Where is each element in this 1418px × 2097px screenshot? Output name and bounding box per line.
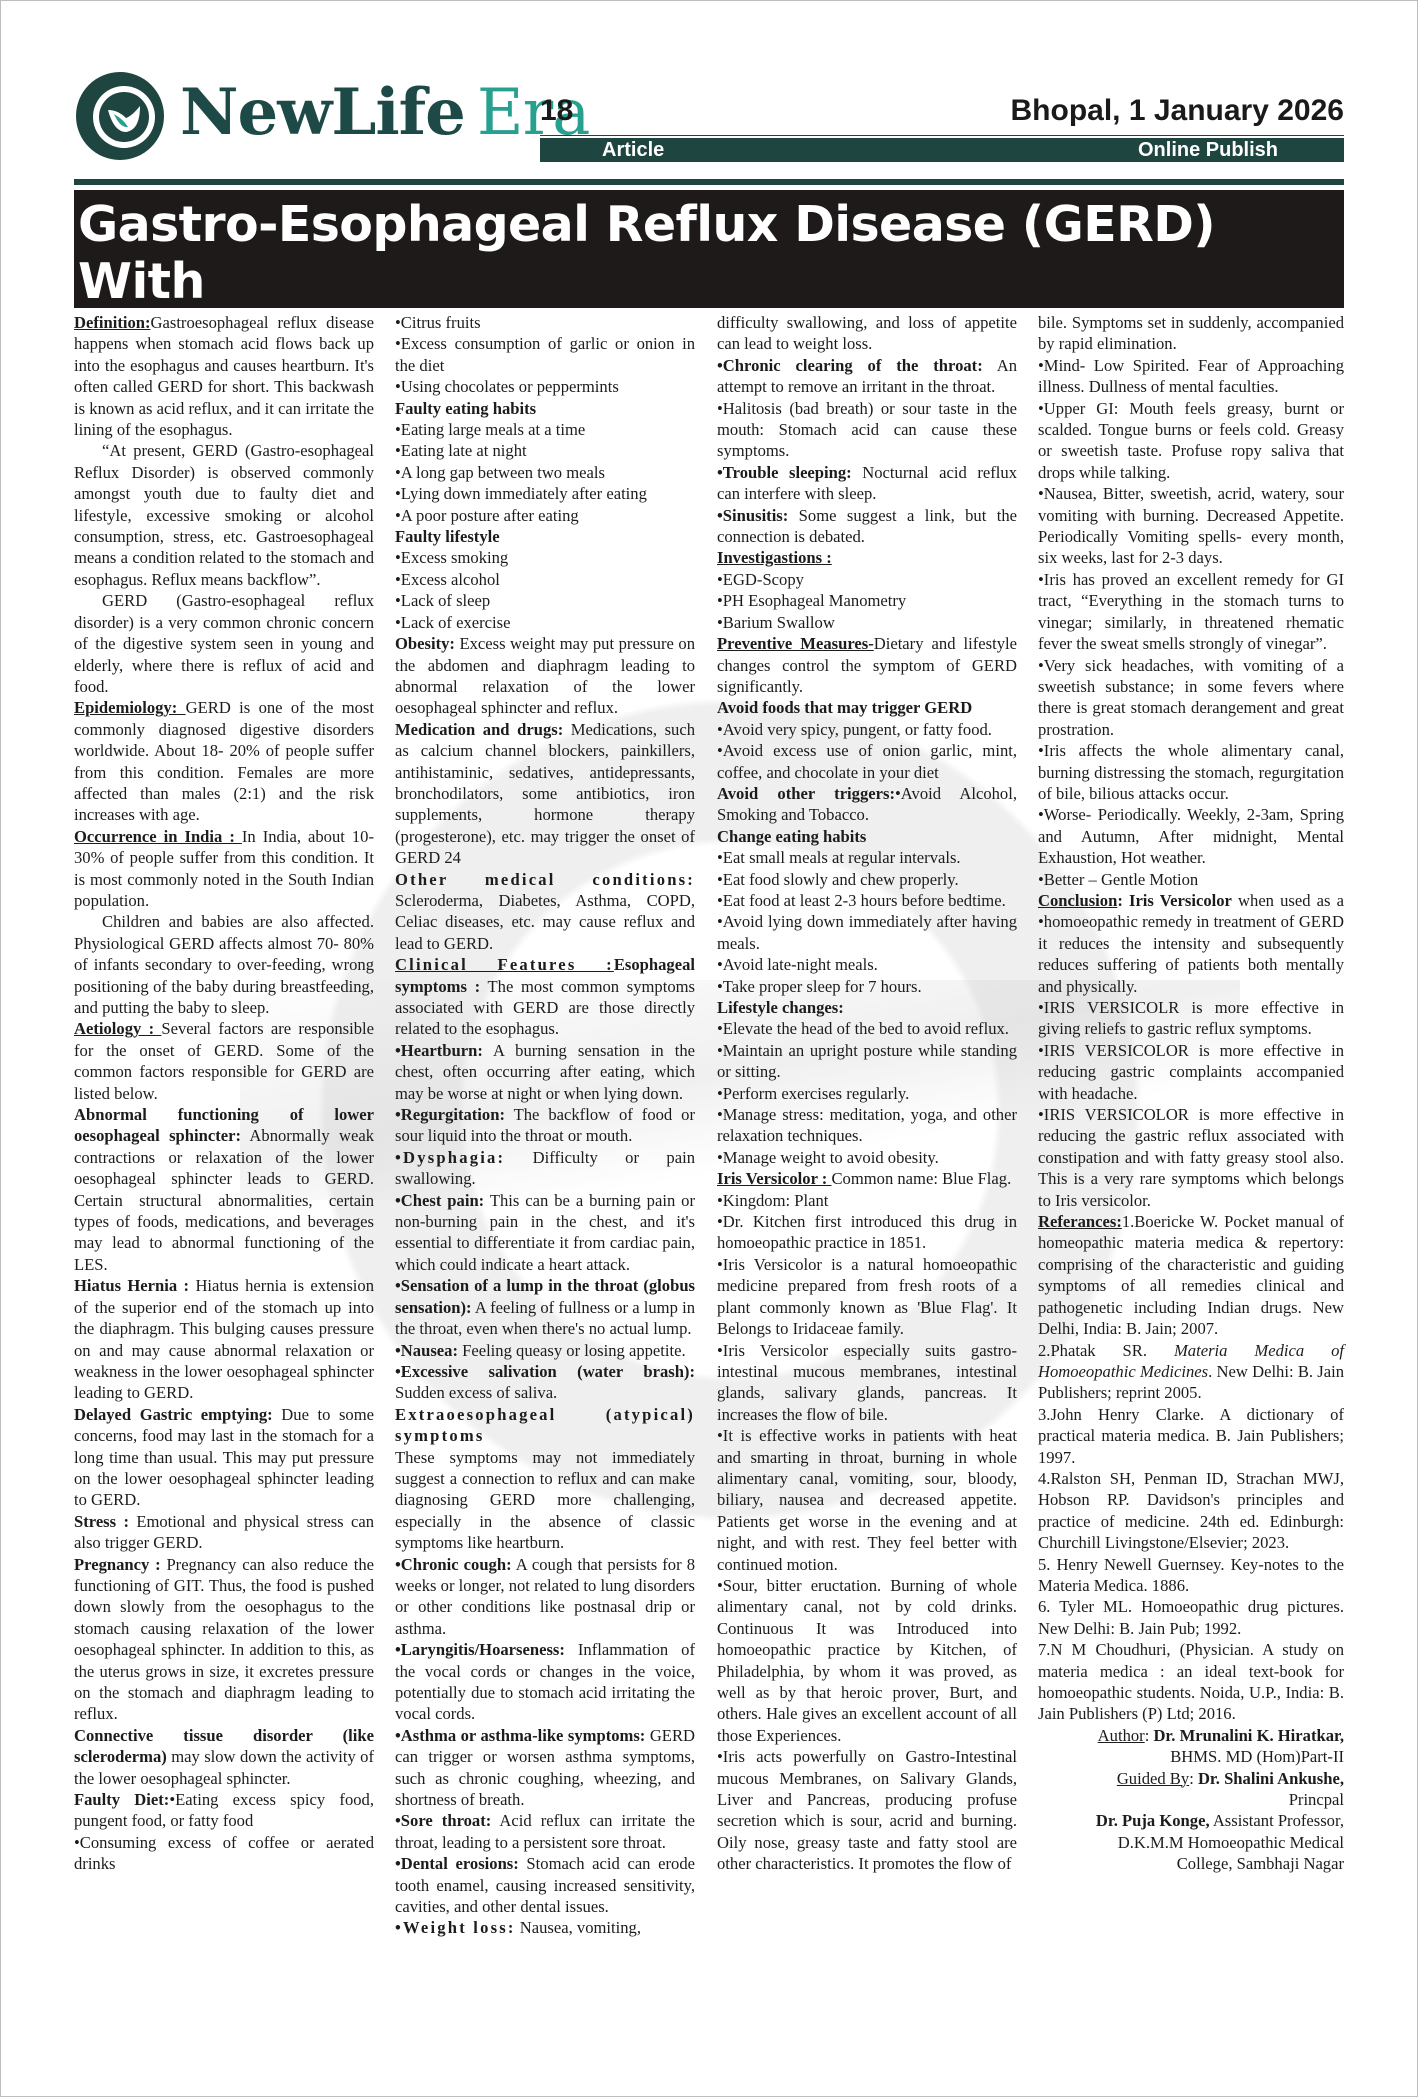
newspaper-logo: NewLifeEra bbox=[74, 68, 554, 166]
author-label: Author bbox=[1098, 1726, 1145, 1745]
list-item: •Avoid lying down immediately after havi… bbox=[717, 911, 1017, 954]
symptom-text: Nausea, vomiting, bbox=[516, 1918, 641, 1937]
list-item: •Eat food at least 2-3 hours before bedt… bbox=[717, 890, 1017, 911]
list-item: •Maintain an upright posture while stand… bbox=[717, 1040, 1017, 1083]
obesity-label: Obesity: bbox=[395, 634, 455, 653]
medication-text: Medications, such as calcium channel blo… bbox=[395, 720, 695, 867]
list-item: •Very sick headaches, with vomiting of a… bbox=[1038, 655, 1344, 741]
references-label: Referances: bbox=[1038, 1212, 1122, 1231]
stress-label: Stress : bbox=[74, 1512, 136, 1531]
conclusion-remedy: Iris Versicolor bbox=[1129, 891, 1232, 910]
conclusion-label: Conclusion bbox=[1038, 891, 1117, 910]
coauthor-role: Assistant Professor, bbox=[1210, 1811, 1344, 1830]
logo-word-newlife: NewLife bbox=[180, 75, 465, 150]
section-label: Article bbox=[602, 138, 664, 162]
list-item: •Perform exercises regularly. bbox=[717, 1083, 1017, 1104]
list-item: •A long gap between two meals bbox=[395, 462, 695, 483]
aetiology-label: Aetiology : bbox=[74, 1019, 161, 1038]
reference-item: 4.Ralston SH, Penman ID, Strachan MWJ, H… bbox=[1038, 1468, 1344, 1554]
guide-role: Princpal bbox=[1038, 1789, 1344, 1810]
column-4: bile. Symptoms set in suddenly, accompan… bbox=[1038, 312, 1344, 1875]
avoid-other-label: Avoid other triggers: bbox=[717, 784, 895, 803]
references-paragraph: Referances:1.Boericke W. Pocket manual o… bbox=[1038, 1211, 1344, 1339]
section-bar: Article Online Publish bbox=[540, 136, 1344, 162]
symptom-item: •Asthma or asthma-like symptoms: GERD ca… bbox=[395, 1725, 695, 1811]
reference-item: 2.Phatak SR. Materia Medica of Homoeopat… bbox=[1038, 1340, 1344, 1404]
quote-paragraph: “At present, GERD (Gastro-esophageal Ref… bbox=[74, 440, 374, 590]
symptom-item: •Excessive salivation (water brash): Sud… bbox=[395, 1361, 695, 1404]
lifestyle-heading: Faulty lifestyle bbox=[395, 526, 695, 547]
epidemiology-label: Epidemiology: bbox=[74, 698, 186, 717]
column-3: difficulty swallowing, and loss of appet… bbox=[717, 312, 1017, 1875]
symptom-label: •Nausea: bbox=[395, 1341, 458, 1360]
iris-versicolor-label: Iris Versicolor : bbox=[717, 1169, 831, 1188]
list-item: •Excess alcohol bbox=[395, 569, 695, 590]
symptom-label: •Sinusitis: bbox=[717, 506, 788, 525]
pregnancy-paragraph: Pregnancy : Pregnancy can also reduce th… bbox=[74, 1554, 374, 1725]
symptom-item: •Trouble sleeping: Nocturnal acid reflux… bbox=[717, 462, 1017, 505]
college-line-2: College, Sambhaji Nagar bbox=[1038, 1853, 1344, 1874]
symptom-text: •Halitosis (bad breath) or sour taste in… bbox=[717, 399, 1017, 461]
gerd-paragraph: GERD (Gastro-esophageal reflux disorder)… bbox=[74, 590, 374, 697]
other-conditions-label: Other medical conditions: bbox=[395, 870, 695, 889]
coauthor-name: Dr. Puja Konge, bbox=[1096, 1811, 1210, 1830]
symptom-item: •Weight loss: Nausea, vomiting, bbox=[395, 1917, 695, 1938]
author-degree: BHMS. MD (Hom)Part-II bbox=[1038, 1746, 1344, 1767]
college-line-1: D.K.M.M Homoeopathic Medical bbox=[1038, 1832, 1344, 1853]
guide-name: Dr. Shalini Ankushe, bbox=[1198, 1769, 1344, 1788]
symptom-item: •Laryngitis/Hoarseness: Inflammation of … bbox=[395, 1639, 695, 1725]
medication-paragraph: Medication and drugs: Medications, such … bbox=[395, 719, 695, 869]
symptom-label: •Sore throat: bbox=[395, 1811, 491, 1830]
list-item: •Eat food slowly and chew properly. bbox=[717, 869, 1017, 890]
author-line: Author: Dr. Mrunalini K. Hiratkar, bbox=[1038, 1725, 1344, 1746]
article-body: Definition:Gastroesophageal reflux disea… bbox=[74, 312, 1344, 2032]
symptom-label: •Dental erosions: bbox=[395, 1854, 519, 1873]
list-item: •Eat small meals at regular intervals. bbox=[717, 847, 1017, 868]
list-item: •Avoid excess use of onion garlic, mint,… bbox=[717, 740, 1017, 783]
list-item: •Eating late at night bbox=[395, 440, 695, 461]
extraoesophageal-intro: These symptoms may not immediately sugge… bbox=[395, 1447, 695, 1554]
list-item: •Iris Versicolor especially suits gastro… bbox=[717, 1340, 1017, 1426]
symptom-item: •Chronic cough: A cough that persists fo… bbox=[395, 1554, 695, 1640]
symptom-label: •Chest pain: bbox=[395, 1191, 484, 1210]
occurrence-label: Occurrence in India : bbox=[74, 827, 242, 846]
list-item: •A poor posture after eating bbox=[395, 505, 695, 526]
list-item: •Mind- Low Spirited. Fear of Approaching… bbox=[1038, 355, 1344, 398]
avoid-foods-heading: Avoid foods that may trigger GERD bbox=[717, 697, 1017, 718]
list-item: •Iris has proved an excellent remedy for… bbox=[1038, 569, 1344, 655]
symptom-item: •Heartburn: A burning sensation in the c… bbox=[395, 1040, 695, 1104]
list-item: •Better – Gentle Motion bbox=[1038, 869, 1344, 890]
list-item: •Dr. Kitchen first introduced this drug … bbox=[717, 1211, 1017, 1254]
symptom-item: •Regurgitation: The backflow of food or … bbox=[395, 1104, 695, 1147]
list-item: •IRIS VERSICOLR is more effective in giv… bbox=[1038, 997, 1344, 1040]
symptom-label: •Weight loss: bbox=[395, 1918, 516, 1937]
list-item: •Excess consumption of garlic or onion i… bbox=[395, 333, 695, 376]
list-item: •Lack of exercise bbox=[395, 612, 695, 633]
publish-label: Online Publish bbox=[1138, 138, 1278, 162]
les-text: Abnormally weak contractions or relaxati… bbox=[74, 1126, 374, 1273]
list-item: •Kingdom: Plant bbox=[717, 1190, 1017, 1211]
reference-text: 2.Phatak SR. bbox=[1038, 1341, 1174, 1360]
list-item: •Take proper sleep for 7 hours. bbox=[717, 976, 1017, 997]
symptom-item: •Chronic clearing of the throat: An atte… bbox=[717, 355, 1017, 398]
delayed-label: Delayed Gastric emptying: bbox=[74, 1405, 273, 1424]
list-item: •Iris Versicolor is a natural homoeopath… bbox=[717, 1254, 1017, 1340]
list-item: •IRIS VERSICOLOR is more effective in re… bbox=[1038, 1040, 1344, 1104]
list-item: •Citrus fruits bbox=[395, 312, 695, 333]
symptom-item: •Chest pain: This can be a burning pain … bbox=[395, 1190, 695, 1276]
list-item: •Nausea, Bitter, sweetish, acrid, watery… bbox=[1038, 483, 1344, 569]
symptom-item: •Sore throat: Acid reflux can irritate t… bbox=[395, 1810, 695, 1853]
list-item: •Lying down immediately after eating bbox=[395, 483, 695, 504]
symptom-label: •Asthma or asthma-like symptoms: bbox=[395, 1726, 645, 1745]
pregnancy-label: Pregnancy : bbox=[74, 1555, 166, 1574]
medication-label: Medication and drugs: bbox=[395, 720, 563, 739]
list-item: •Consuming excess of coffee or aerated d… bbox=[74, 1832, 374, 1875]
symptom-item: •Dysphagia: Difficulty or pain swallowin… bbox=[395, 1147, 695, 1190]
symptom-text: Feeling queasy or losing appetite. bbox=[458, 1341, 686, 1360]
symptom-item: •Nausea: Feeling queasy or losing appeti… bbox=[395, 1340, 695, 1361]
symptom-label: •Regurgitation: bbox=[395, 1105, 505, 1124]
list-item: •PH Esophageal Manometry bbox=[717, 590, 1017, 611]
preventive-label: Preventive Measures- bbox=[717, 634, 874, 653]
weight-loss-continued: difficulty swallowing, and loss of appet… bbox=[717, 312, 1017, 355]
list-item: •It is effective works in patients with … bbox=[717, 1425, 1017, 1575]
iris-versicolor-paragraph: Iris Versicolor : Common name: Blue Flag… bbox=[717, 1168, 1017, 1189]
change-eating-heading: Change eating habits bbox=[717, 826, 1017, 847]
obesity-paragraph: Obesity: Excess weight may put pressure … bbox=[395, 633, 695, 719]
bile-continued: bile. Symptoms set in suddenly, accompan… bbox=[1038, 312, 1344, 355]
author-name: Dr. Mrunalini K. Hiratkar, bbox=[1153, 1726, 1344, 1745]
guided-by-line: Guided By: Dr. Shalini Ankushe, bbox=[1038, 1768, 1344, 1789]
coauthor-line: Dr. Puja Konge, Assistant Professor, bbox=[1038, 1810, 1344, 1831]
reference-item: 5. Henry Newell Guernsey. Key-notes to t… bbox=[1038, 1554, 1344, 1597]
hiatus-label: Hiatus Hernia : bbox=[74, 1276, 195, 1295]
list-item: •Iris affects the whole alimentary canal… bbox=[1038, 740, 1344, 804]
list-item: •Eating large meals at a time bbox=[395, 419, 695, 440]
lifestyle-changes-heading: Lifestyle changes: bbox=[717, 997, 1017, 1018]
symptom-item: •Halitosis (bad breath) or sour taste in… bbox=[717, 398, 1017, 462]
list-item: •Avoid very spicy, pungent, or fatty foo… bbox=[717, 719, 1017, 740]
symptom-label: •Excessive salivation (water brash): bbox=[395, 1362, 695, 1381]
leaf-circle-logo-icon bbox=[74, 70, 166, 162]
other-conditions-text: Scleroderma, Diabetes, Asthma, COPD, Cel… bbox=[395, 891, 695, 953]
symptom-text: Sudden excess of saliva. bbox=[395, 1383, 557, 1402]
children-paragraph: Children and babies are also affected. P… bbox=[74, 911, 374, 1018]
list-item: •Barium Swallow bbox=[717, 612, 1017, 633]
aetiology-paragraph: Aetiology : Several factors are responsi… bbox=[74, 1018, 374, 1104]
list-item: •Avoid late-night meals. bbox=[717, 954, 1017, 975]
stress-paragraph: Stress : Emotional and physical stress c… bbox=[74, 1511, 374, 1554]
list-item: •Excess smoking bbox=[395, 547, 695, 568]
pregnancy-text: Pregnancy can also reduce the functionin… bbox=[74, 1555, 374, 1724]
conclusion-colon: : bbox=[1117, 891, 1129, 910]
list-item: •IRIS VERSICOLOR is more effective in re… bbox=[1038, 1104, 1344, 1211]
symptom-label: •Heartburn: bbox=[395, 1041, 483, 1060]
faulty-diet-paragraph: Faulty Diet:•Eating excess spicy food, p… bbox=[74, 1789, 374, 1832]
title-line-1: Gastro-Esophageal Reflux Disease (GERD) … bbox=[78, 196, 1215, 310]
preventive-paragraph: Preventive Measures-Dietary and lifestyl… bbox=[717, 633, 1017, 697]
list-item: •Manage stress: meditation, yoga, and ot… bbox=[717, 1104, 1017, 1147]
page-number: 18 bbox=[540, 94, 573, 128]
column-2: •Citrus fruits •Excess consumption of ga… bbox=[395, 312, 695, 1939]
connective-paragraph: Connective tissue disorder (like sclerod… bbox=[74, 1725, 374, 1789]
clinical-features-label: Clinical Features : bbox=[395, 955, 614, 974]
masthead: NewLifeEra 18 Bhopal, 1 January 2026 Art… bbox=[74, 68, 1344, 178]
symptom-item: •Dental erosions: Stomach acid can erode… bbox=[395, 1853, 695, 1917]
other-conditions-paragraph: Other medical conditions: Scleroderma, D… bbox=[395, 869, 695, 955]
clinical-features-paragraph: Clinical Features :Esophageal symptoms :… bbox=[395, 954, 695, 1040]
symptom-label: •Laryngitis/Hoarseness: bbox=[395, 1640, 565, 1659]
epidemiology-paragraph: Epidemiology: GERD is one of the most co… bbox=[74, 697, 374, 825]
faulty-diet-label: Faulty Diet: bbox=[74, 1790, 169, 1809]
symptom-label: •Dysphagia: bbox=[395, 1148, 505, 1167]
logo-wordmark: NewLifeEra bbox=[180, 74, 589, 152]
iris-versicolor-text: Common name: Blue Flag. bbox=[831, 1169, 1011, 1188]
list-item: •Lack of sleep bbox=[395, 590, 695, 611]
symptom-label: •Chronic clearing of the throat: bbox=[717, 356, 983, 375]
symptom-item: •Sinusitis: Some suggest a link, but the… bbox=[717, 505, 1017, 548]
symptom-label: •Trouble sleeping: bbox=[717, 463, 852, 482]
avoid-other-paragraph: Avoid other triggers:•Avoid Alcohol, Smo… bbox=[717, 783, 1017, 826]
guided-by-label: Guided By bbox=[1117, 1769, 1189, 1788]
list-item: •Upper GI: Mouth feels greasy, burnt or … bbox=[1038, 398, 1344, 484]
list-item: •Elevate the head of the bed to avoid re… bbox=[717, 1018, 1017, 1039]
delayed-paragraph: Delayed Gastric emptying: Due to some co… bbox=[74, 1404, 374, 1511]
list-item: •Worse- Periodically. Weekly, 2-3am, Spr… bbox=[1038, 804, 1344, 868]
eating-habits-heading: Faulty eating habits bbox=[395, 398, 695, 419]
symptom-label: •Chronic cough: bbox=[395, 1555, 512, 1574]
occurrence-paragraph: Occurrence in India : In India, about 10… bbox=[74, 826, 374, 912]
list-item: •Iris acts powerfully on Gastro-Intestin… bbox=[717, 1746, 1017, 1874]
column-1: Definition:Gastroesophageal reflux disea… bbox=[74, 312, 374, 1875]
investigations-heading: Investigastions : bbox=[717, 547, 1017, 568]
reference-item: 6. Tyler ML. Homoeopathic drug pictures.… bbox=[1038, 1596, 1344, 1639]
list-item: •EGD-Scopy bbox=[717, 569, 1017, 590]
definition-label: Definition: bbox=[74, 313, 151, 332]
headline-banner: Gastro-Esophageal Reflux Disease (GERD) … bbox=[74, 190, 1344, 308]
masthead-rule bbox=[74, 179, 1344, 185]
symptom-item: •Sensation of a lump in the throat (glob… bbox=[395, 1275, 695, 1339]
reference-item: 7.N M Choudhuri, (Physician. A study on … bbox=[1038, 1639, 1344, 1725]
conclusion-paragraph: Conclusion: Iris Versicolor when used as… bbox=[1038, 890, 1344, 997]
list-item: •Manage weight to avoid obesity. bbox=[717, 1147, 1017, 1168]
dateline: Bhopal, 1 January 2026 bbox=[1011, 94, 1345, 128]
list-item: •Using chocolates or peppermints bbox=[395, 376, 695, 397]
les-paragraph: Abnormal functioning of lower oesophagea… bbox=[74, 1104, 374, 1275]
definition-paragraph: Definition:Gastroesophageal reflux disea… bbox=[74, 312, 374, 440]
list-item: •Sour, bitter eructation. Burning of who… bbox=[717, 1575, 1017, 1746]
extraoesophageal-heading: Extraoesophageal (atypical) symptoms bbox=[395, 1404, 695, 1447]
hiatus-paragraph: Hiatus Hernia : Hiatus hernia is extensi… bbox=[74, 1275, 374, 1403]
reference-item: 3.John Henry Clarke. A dictionary of pra… bbox=[1038, 1404, 1344, 1468]
